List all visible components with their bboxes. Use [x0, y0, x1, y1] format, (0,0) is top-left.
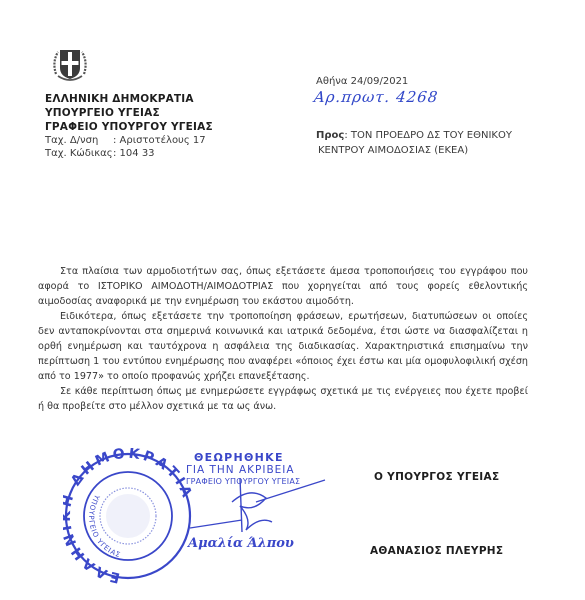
certified-line-1: ΘΕΩΡΗΘΗΚΕ: [194, 452, 300, 464]
letter-body: Στα πλαίσια των αρμοδιοτήτων σας, όπως ε…: [38, 264, 528, 414]
recipient-line-1: : ΤΟΝ ΠΡΟΕΔΡΟ ΔΣ ΤΟΥ ΕΘΝΙΚΟΥ: [344, 130, 512, 141]
place-date: Αθήνα 24/09/2021: [316, 76, 408, 87]
letterhead: ΕΛΛΗΝΙΚΗ ΔΗΜΟΚΡΑΤΙΑ ΥΠΟΥΡΓΕΙΟ ΥΓΕΙΑΣ ΓΡΑ…: [45, 92, 213, 160]
letterhead-line-3: ΓΡΑΦΕΙΟ ΥΠΟΥΡΓΟΥ ΥΓΕΙΑΣ: [45, 120, 213, 134]
body-paragraph-2: Ειδικότερα, όπως εξετάσετε την τροποποίη…: [38, 309, 528, 384]
greek-coat-of-arms-icon: [50, 44, 90, 88]
body-paragraph-1: Στα πλαίσια των αρμοδιοτήτων σας, όπως ε…: [38, 264, 528, 309]
signatory-title: Ο ΥΠΟΥΡΓΟΣ ΥΓΕΙΑΣ: [374, 471, 499, 483]
address-value: : Αριστοτέλους 17: [113, 135, 206, 146]
recipient-line-2: ΚΕΝΤΡΟΥ ΑΙΜΟΔΟΣΙΑΣ (ΕΚΕΑ): [316, 143, 512, 158]
certifier-name: Αμαλία Άλπου: [188, 536, 294, 551]
postcode-label: Ταχ. Κώδικας: [45, 147, 113, 160]
letterhead-line-2: ΥΠΟΥΡΓΕΙΟ ΥΓΕΙΑΣ: [45, 106, 213, 120]
address-row: Ταχ. Δ/νση: Αριστοτέλους 17: [45, 134, 213, 147]
recipient: Προς: ΤΟΝ ΠΡΟΕΔΡΟ ΔΣ ΤΟΥ ΕΘΝΙΚΟΥ ΚΕΝΤΡΟΥ…: [316, 128, 512, 158]
recipient-label: Προς: [316, 130, 344, 141]
signatory-name: ΑΘΑΝΑΣΙΟΣ ΠΛΕΥΡΗΣ: [370, 545, 503, 557]
official-seal-stamp: ΕΛΛΗΝΙΚΗ ΔΗΜΟΚΡΑΤΙΑ ΥΠΟΥΡΓΕΙΟ ΥΓΕΙΑΣ: [63, 448, 193, 588]
protocol-number-handwritten: Αρ.πρωτ. 4268: [313, 88, 439, 106]
body-paragraph-3: Σε κάθε περίπτωση όπως με ενημερώσετε εγ…: [38, 384, 528, 414]
postcode-row: Ταχ. Κώδικας: 104 33: [45, 147, 213, 160]
letterhead-line-1: ΕΛΛΗΝΙΚΗ ΔΗΜΟΚΡΑΤΙΑ: [45, 92, 213, 106]
postcode-value: : 104 33: [113, 148, 155, 159]
address-label: Ταχ. Δ/νση: [45, 134, 113, 147]
